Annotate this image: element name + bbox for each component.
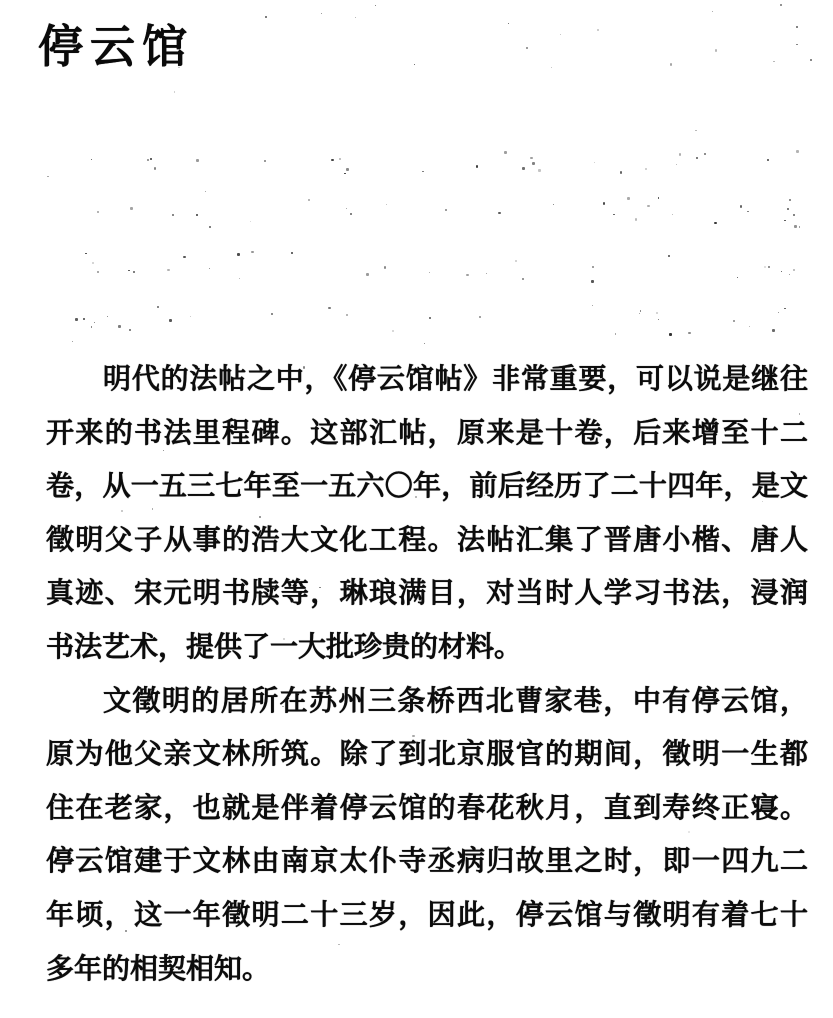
- text-line: 真迹、宋元明书牍等，琳琅满目，对当时人学习书法，浸润: [46, 567, 808, 621]
- text-line: 明代的法帖之中，《停云馆帖》非常重要，可以说是继往: [46, 353, 808, 407]
- text-line: 多年的相契相知。: [46, 943, 808, 997]
- body-text: 明代的法帖之中，《停云馆帖》非常重要，可以说是继往 开来的书法里程碑。这部汇帖，…: [46, 353, 808, 996]
- text-line: 徵明父子从事的浩大文化工程。法帖汇集了晋唐小楷、唐人: [46, 514, 808, 568]
- text-line: 书法艺术，提供了一大批珍贵的材料。: [46, 621, 808, 675]
- page-title: 停云馆: [38, 22, 194, 72]
- text-line: 文徵明的居所在苏州三条桥西北曹家巷，中有停云馆，: [46, 675, 808, 729]
- text-line: 住在老家，也就是伴着停云馆的春花秋月，直到寿终正寝。: [46, 782, 808, 836]
- text-line: 年顷，这一年徵明二十三岁，因此，停云馆与徵明有着七十: [46, 889, 808, 943]
- text-line: 停云馆建于文林由南京太仆寺丞病归故里之时，即一四九二: [46, 835, 808, 889]
- text-line: 卷，从一五三七年至一五六〇年，前后经历了二十四年，是文: [46, 460, 808, 514]
- text-line: 原为他父亲文林所筑。除了到北京服官的期间，徵明一生都: [46, 728, 808, 782]
- text-line: 开来的书法里程碑。这部汇帖，原来是十卷，后来增至十二: [46, 407, 808, 461]
- scanned-book-page: 停云馆 明代的法帖之中，《停云馆帖》非常重要，可以说是继往 开来的书法里程碑。这…: [0, 0, 833, 1018]
